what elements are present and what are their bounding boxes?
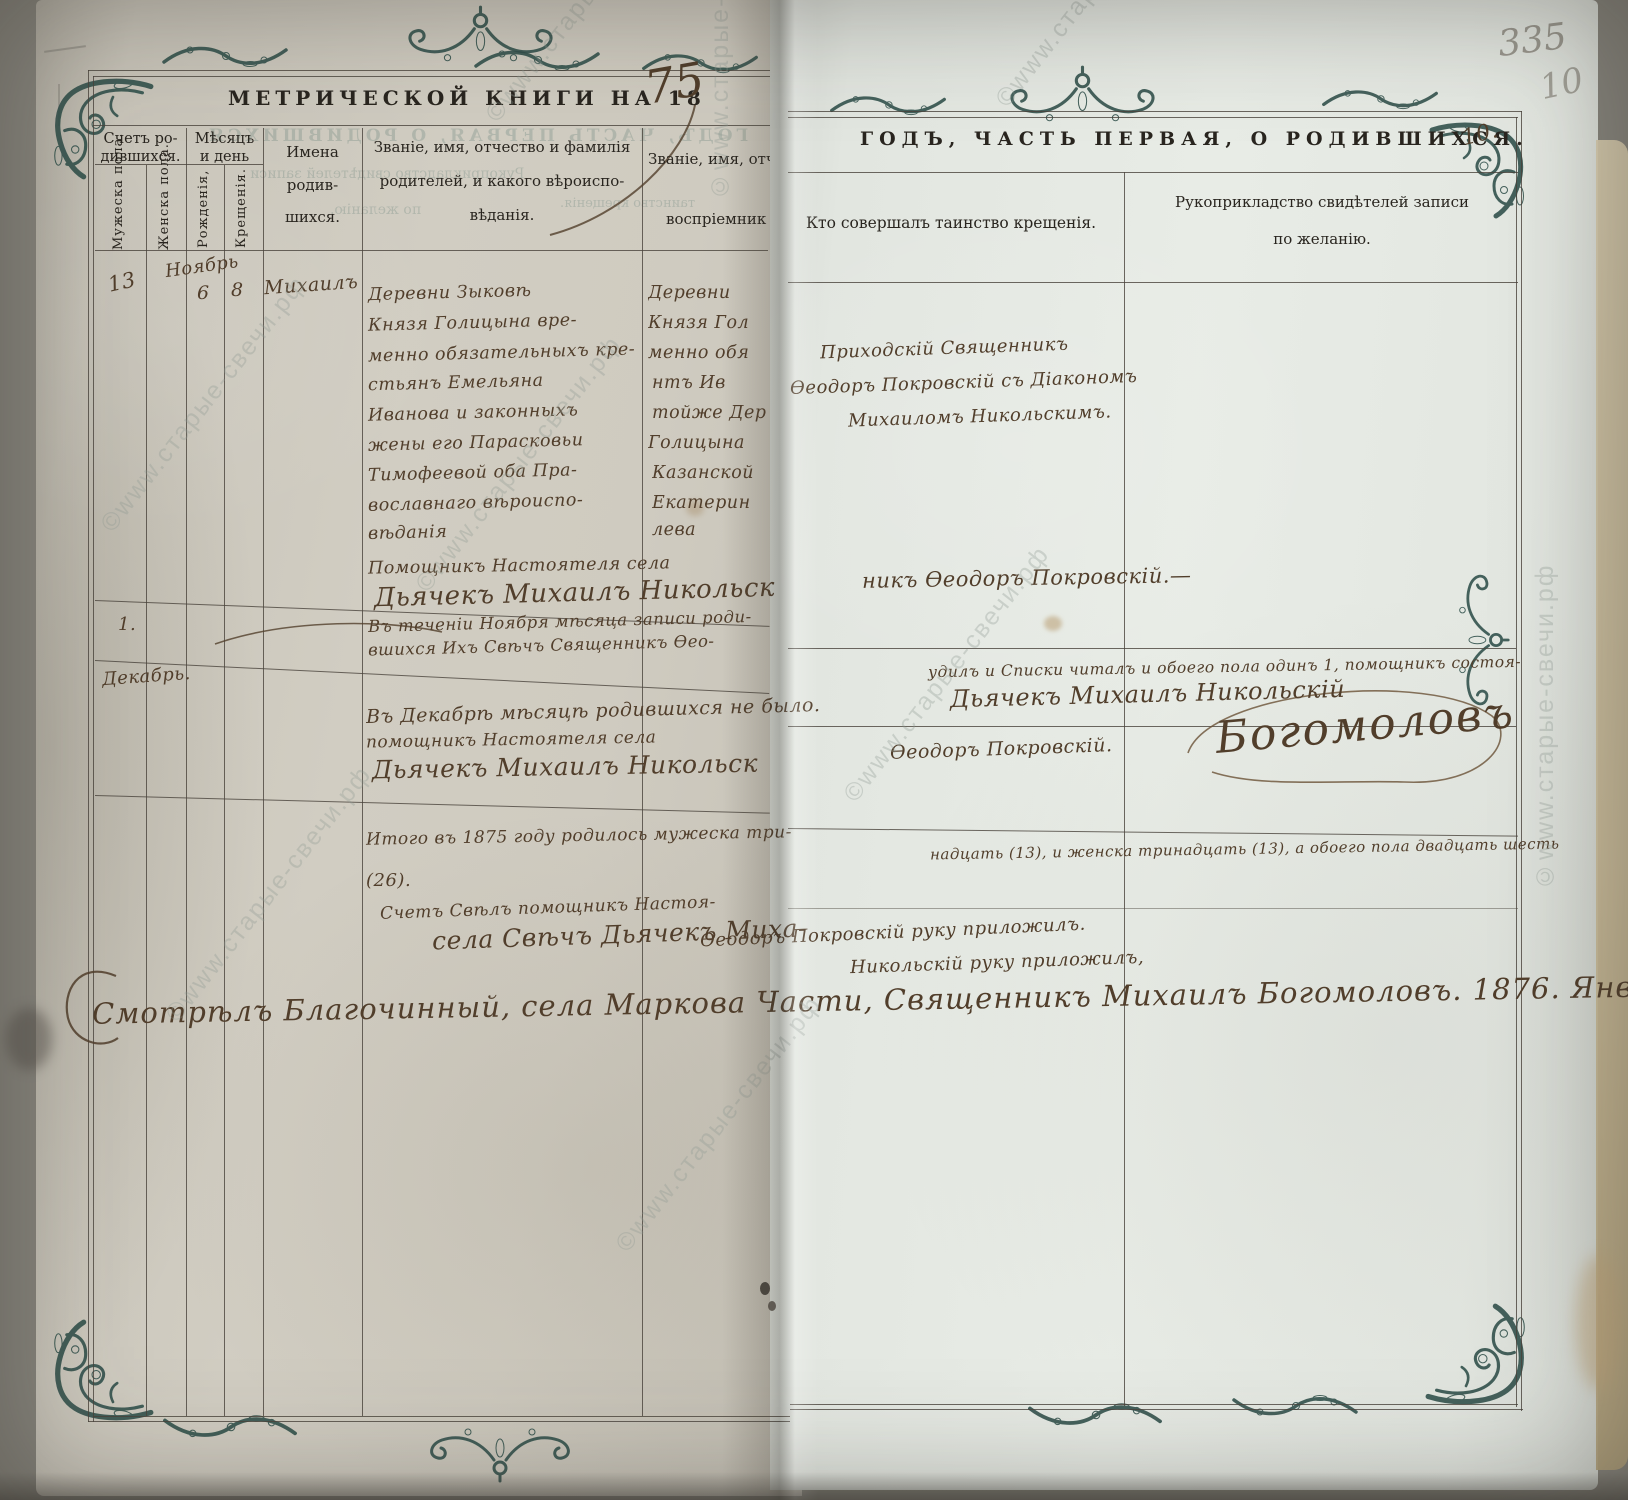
column-header-godparents: Званіе, имя, отчес bbox=[648, 150, 770, 168]
book-page-edges bbox=[1596, 140, 1628, 1470]
column-line bbox=[263, 128, 264, 1416]
column-line bbox=[1124, 172, 1125, 1406]
column-line bbox=[146, 165, 147, 1416]
column-header-witnesses: по желанію. bbox=[1142, 230, 1502, 248]
column-header-born: Рожденія, bbox=[196, 172, 211, 248]
table-line bbox=[95, 250, 768, 251]
page-number-pencil: 335 bbox=[1496, 16, 1569, 65]
column-header-witnesses: Рукоприкладство свидѣтелей записи bbox=[1142, 193, 1502, 211]
table-line bbox=[788, 172, 1518, 173]
column-line bbox=[186, 128, 187, 1416]
record-parents-line: вѣданія bbox=[368, 522, 448, 544]
vine-ornament bbox=[1320, 84, 1440, 112]
table-border bbox=[788, 117, 1518, 118]
column-header-parents: родителей, и какого вѣроиспо- bbox=[362, 172, 642, 190]
row-line bbox=[788, 908, 1518, 909]
table-line bbox=[788, 282, 1518, 283]
crown-ornament bbox=[420, 1424, 580, 1484]
column-header-names: шихся. bbox=[263, 208, 362, 226]
column-header-male: Мужеска пола. bbox=[111, 170, 126, 250]
handwritten-year: 75 bbox=[641, 51, 709, 115]
table-border bbox=[93, 76, 94, 1422]
table-border bbox=[93, 1416, 790, 1417]
column-header-female: Женска пола. bbox=[157, 170, 172, 250]
record-godparents-line: Князя Гол bbox=[648, 313, 770, 333]
column-line bbox=[362, 128, 363, 1416]
record-godparents-line: нтъ Ив bbox=[652, 373, 770, 393]
column-header-parents: Званіе, имя, отчество и фамилія bbox=[362, 138, 642, 156]
record-godparents-line: Казанской bbox=[652, 463, 770, 483]
november-count: 1. bbox=[118, 614, 136, 635]
table-border bbox=[88, 1421, 790, 1422]
record-godparents-line: тойже Дер bbox=[652, 403, 770, 423]
corner-ornament bbox=[50, 1318, 155, 1423]
column-header-officiant: Кто совершалъ таинство крещенія. bbox=[806, 214, 1096, 232]
vine-ornament bbox=[160, 40, 290, 70]
corner-ornament bbox=[1424, 1302, 1529, 1407]
table-border bbox=[790, 1409, 1523, 1410]
vine-ornament bbox=[828, 90, 948, 118]
row-line bbox=[788, 648, 1516, 649]
right-page-title: ГОДЪ, ЧАСТЬ ПЕРВАЯ, О РОДИВШИХСЯ. bbox=[860, 128, 1529, 150]
column-header-count: дившихся. bbox=[95, 149, 186, 165]
year-total-line: (26). bbox=[366, 870, 411, 891]
record-parents-line: Деревни Зыковѣ bbox=[368, 281, 532, 305]
table-border bbox=[88, 70, 89, 1422]
column-header-names: Имена bbox=[263, 143, 362, 161]
record-godparents-line: Голицына bbox=[648, 433, 770, 453]
column-header-month: и день bbox=[186, 149, 263, 165]
column-header-count: Счетъ ро- bbox=[95, 131, 186, 147]
record-baptized-day: 8 bbox=[231, 279, 244, 301]
vine-ornament bbox=[1230, 1392, 1360, 1422]
table-border bbox=[790, 1404, 1518, 1405]
metrical-book-scan: ГОДЪ, ЧАСТЬ ПЕРВАЯ, О РОДИВШИХСЯ. Рукопр… bbox=[0, 0, 1628, 1500]
record-born-day: 6 bbox=[197, 282, 210, 304]
table-border bbox=[788, 111, 1522, 112]
record-godparents-line: менно обя bbox=[648, 343, 770, 363]
column-header-month: Мѣсяцъ bbox=[186, 131, 263, 147]
column-header-godparents: воспріемник bbox=[666, 210, 770, 228]
record-godparents-line: лева bbox=[652, 520, 770, 540]
record-godparents-line: Екатерин bbox=[652, 493, 770, 513]
column-header-baptized: Крещенія. bbox=[234, 172, 249, 248]
column-line bbox=[224, 165, 225, 1416]
column-header-names: родив- bbox=[263, 176, 362, 194]
record-godparents-line: Деревни bbox=[648, 283, 770, 303]
column-header-parents: вѣданія. bbox=[362, 206, 642, 224]
